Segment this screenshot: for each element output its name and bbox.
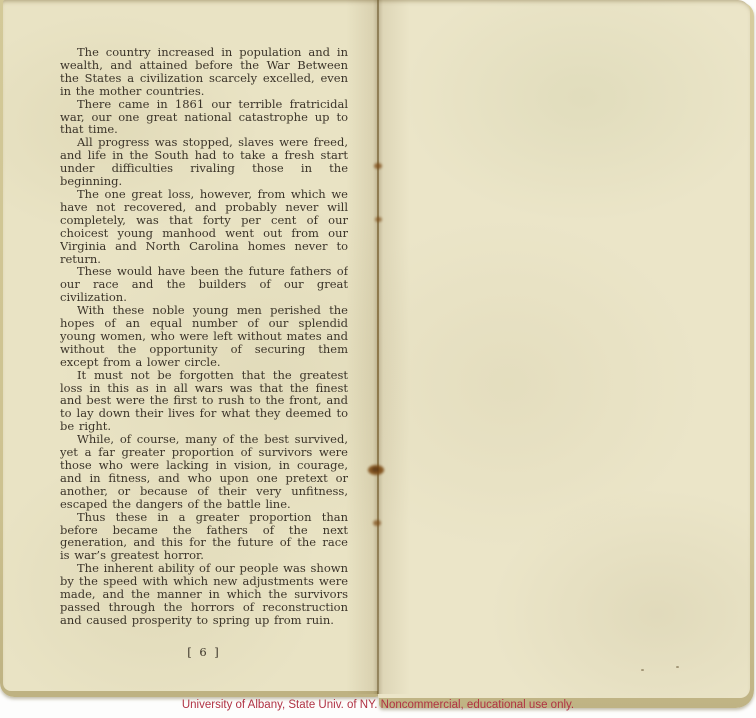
page-7: Those of the young women for whom there … xyxy=(378,0,750,698)
page-6-number: [ 6 ] xyxy=(60,645,348,659)
paragraph: It must not be forgotten that the greate… xyxy=(60,369,348,434)
page-6-text-column: The country increased in population and … xyxy=(60,46,348,646)
staple-rust-spot xyxy=(373,520,381,526)
paragraph: Thus these in a greater proportion than … xyxy=(60,511,348,563)
page-6: The country increased in population and … xyxy=(3,0,378,691)
paper-speck xyxy=(641,669,644,671)
paper-speck xyxy=(676,666,679,668)
attribution-caption: University of Albany, State Univ. of NY.… xyxy=(0,699,756,711)
paragraph: All progress was stopped, slaves were fr… xyxy=(60,136,348,188)
paragraph: The inherent ability of our people was s… xyxy=(60,562,348,627)
paragraph: These would have been the future fathers… xyxy=(60,265,348,304)
paragraph: While, of course, many of the best survi… xyxy=(60,433,348,510)
staple-rust-spot xyxy=(374,163,382,169)
staple-rust-spot xyxy=(368,465,384,475)
paragraph: The country increased in population and … xyxy=(60,46,348,98)
scanned-book-photo: The country increased in population and … xyxy=(0,0,756,718)
paragraph: With these noble young men perished the … xyxy=(60,304,348,369)
staple-rust-spot xyxy=(375,217,382,222)
paragraph: The one great loss, however, from which … xyxy=(60,188,348,265)
paragraph: There came in 1861 our terrible fratrici… xyxy=(60,98,348,137)
